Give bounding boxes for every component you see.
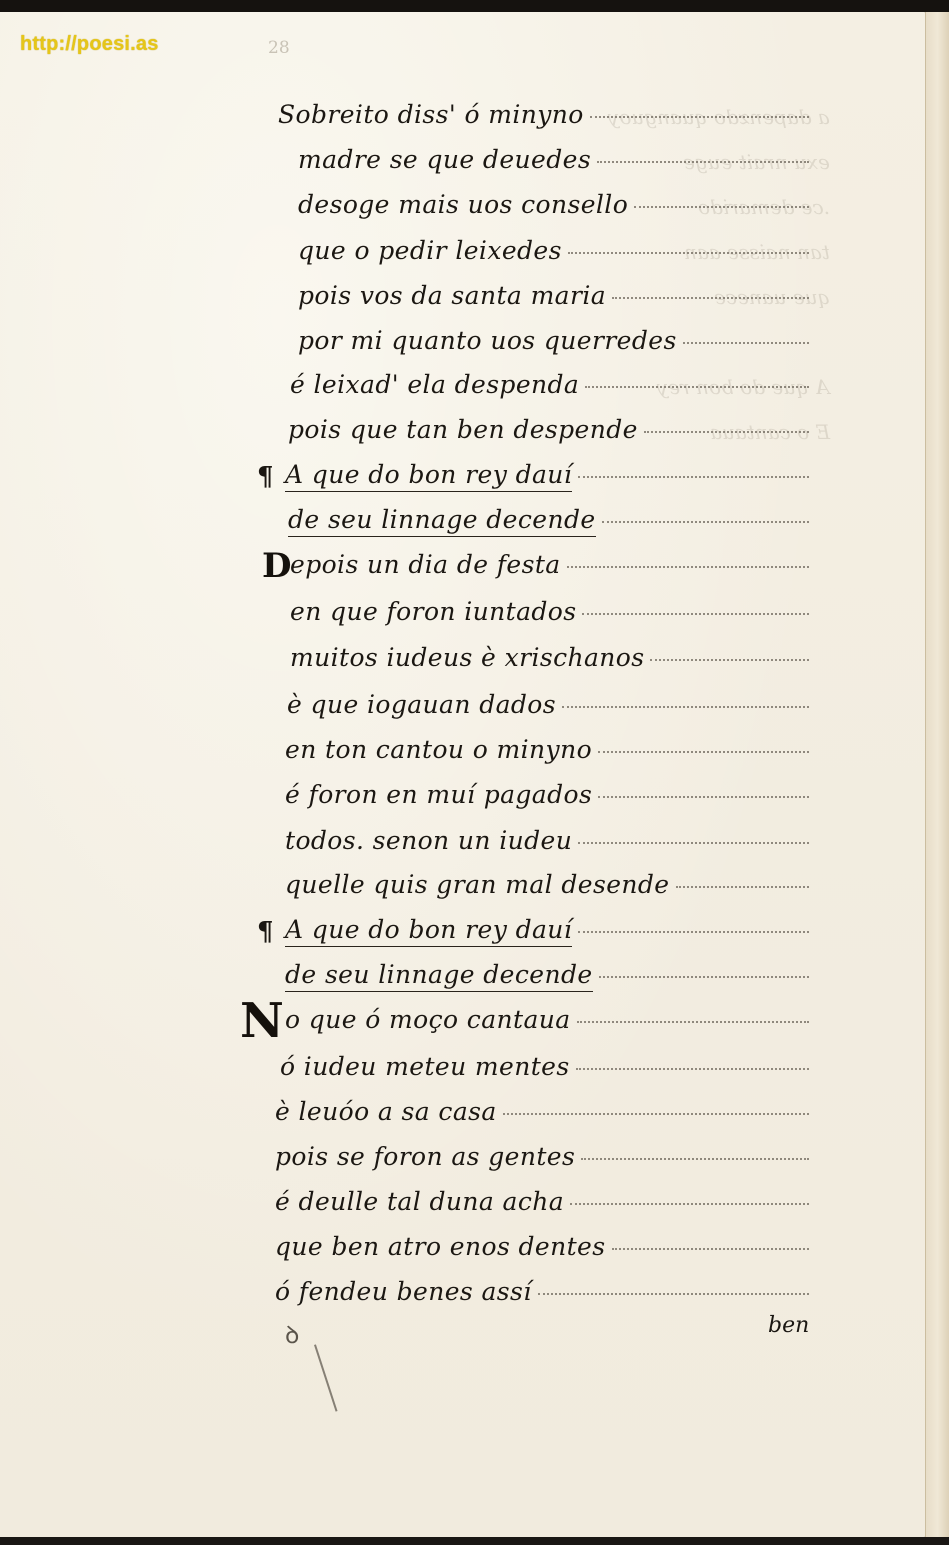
line-filler-dots — [612, 1248, 810, 1250]
verse-text: todos. senon un iudeu — [285, 826, 572, 855]
line-filler-dots — [650, 659, 809, 661]
line-filler-dots — [568, 252, 809, 254]
verse-text: que o pedir leixedes — [298, 236, 562, 265]
verse-text: en que foron iuntados — [290, 597, 576, 626]
verse-text: muitos iudeus è xrischanos — [290, 643, 644, 672]
refrain-line: A que do bon rey dauí — [285, 460, 809, 492]
verse-line: ó iudeu meteu mentes — [280, 1052, 809, 1081]
catchword: ben — [768, 1313, 809, 1338]
verse-line: en que foron iuntados — [290, 597, 809, 626]
verse-line: o que ó moço cantaua — [285, 1005, 809, 1034]
verse-line: è que iogauan dados — [287, 690, 809, 719]
decorated-initial: D — [262, 546, 291, 586]
verse-line: en ton cantou o minyno — [285, 735, 809, 764]
verse-line: que ben atro enos dentes — [275, 1232, 809, 1261]
verse-line: ó fendeu benes assí — [275, 1277, 809, 1306]
verse-line: todos. senon un iudeu — [285, 826, 809, 855]
line-filler-dots — [570, 1203, 809, 1205]
line-filler-dots — [503, 1113, 809, 1115]
verse-line: pois que tan ben despende — [288, 415, 809, 444]
verse-text: pois vos da santa maria — [298, 281, 606, 310]
verse-line: madre se que deuedes — [298, 145, 809, 174]
line-filler-dots — [576, 1068, 809, 1070]
verse-text: que ben atro enos dentes — [275, 1232, 606, 1261]
verse-line: pois se foron as gentes — [275, 1142, 809, 1171]
verse-text: en ton cantou o minyno — [285, 735, 592, 764]
verse-line: epois un dia de festa — [290, 550, 809, 579]
line-filler-dots — [538, 1293, 809, 1295]
decorated-initial: N — [240, 993, 284, 1049]
line-filler-dots — [585, 386, 809, 388]
verse-text: por mi quanto uos querredes — [298, 326, 677, 355]
verse-text: pois se foron as gentes — [275, 1142, 575, 1171]
line-filler-dots — [567, 566, 809, 568]
verse-text: quelle quis gran mal desende — [285, 870, 670, 899]
line-filler-dots — [634, 206, 809, 208]
line-filler-dots — [578, 931, 809, 933]
verse-text: desoge mais uos consello — [298, 190, 628, 219]
line-filler-dots — [578, 476, 809, 478]
refrain-line: de seu linnage decende — [285, 960, 809, 992]
pilcrow-icon: ¶ — [257, 462, 274, 492]
verse-text: é deulle tal duna acha — [275, 1187, 564, 1216]
verse-text: Sobreito diss' ó minyno — [278, 100, 584, 129]
line-filler-dots — [602, 521, 809, 523]
verse-line: é foron en muí pagados — [285, 780, 809, 809]
line-filler-dots — [676, 886, 810, 888]
line-filler-dots — [597, 161, 809, 163]
line-filler-dots — [599, 976, 809, 978]
pilcrow-icon: ¶ — [257, 917, 274, 947]
verse-line: é deulle tal duna acha — [275, 1187, 809, 1216]
verse-line: desoge mais uos consello — [298, 190, 809, 219]
line-filler-dots — [578, 842, 809, 844]
verse-text: A que do bon rey dauí — [285, 915, 572, 947]
verse-text: ó fendeu benes assí — [275, 1277, 532, 1306]
line-filler-dots — [598, 751, 809, 753]
verse-line: è leuóo a sa casa — [275, 1097, 809, 1126]
line-filler-dots — [612, 297, 809, 299]
verse-text: epois un dia de festa — [290, 550, 561, 579]
verse-text: è que iogauan dados — [287, 690, 556, 719]
verse-line: quelle quis gran mal desende — [285, 870, 809, 899]
line-filler-dots — [590, 116, 809, 118]
line-filler-dots — [582, 613, 809, 615]
verse-line: muitos iudeus è xrischanos — [290, 643, 809, 672]
line-filler-dots — [577, 1021, 809, 1023]
margin-annotation-mark: ꝺ — [285, 1318, 299, 1351]
verse-text: o que ó moço cantaua — [285, 1005, 571, 1034]
verse-text: ó iudeu meteu mentes — [280, 1052, 570, 1081]
line-filler-dots — [598, 796, 809, 798]
refrain-line: A que do bon rey dauí — [285, 915, 809, 947]
verse-text: pois que tan ben despende — [288, 415, 638, 444]
verse-line: é leixad' ela despenda — [290, 370, 809, 399]
verse-line: que o pedir leixedes — [298, 236, 809, 265]
refrain-line: de seu linnage decende — [288, 505, 809, 537]
verse-line: Sobreito diss' ó minyno — [278, 100, 809, 129]
line-filler-dots — [683, 342, 809, 344]
verse-line: por mi quanto uos querredes — [298, 326, 809, 355]
verse-text: é leixad' ela despenda — [290, 370, 579, 399]
line-filler-dots — [644, 431, 809, 433]
line-filler-dots — [562, 706, 809, 708]
verse-text: è leuóo a sa casa — [275, 1097, 497, 1126]
verse-text: é foron en muí pagados — [285, 780, 592, 809]
verse-text: A que do bon rey dauí — [285, 460, 572, 492]
verse-line: pois vos da santa maria — [298, 281, 809, 310]
verse-text: de seu linnage decende — [285, 960, 593, 992]
verse-text: madre se que deuedes — [298, 145, 591, 174]
verse-text: de seu linnage decende — [288, 505, 596, 537]
line-filler-dots — [581, 1158, 809, 1160]
